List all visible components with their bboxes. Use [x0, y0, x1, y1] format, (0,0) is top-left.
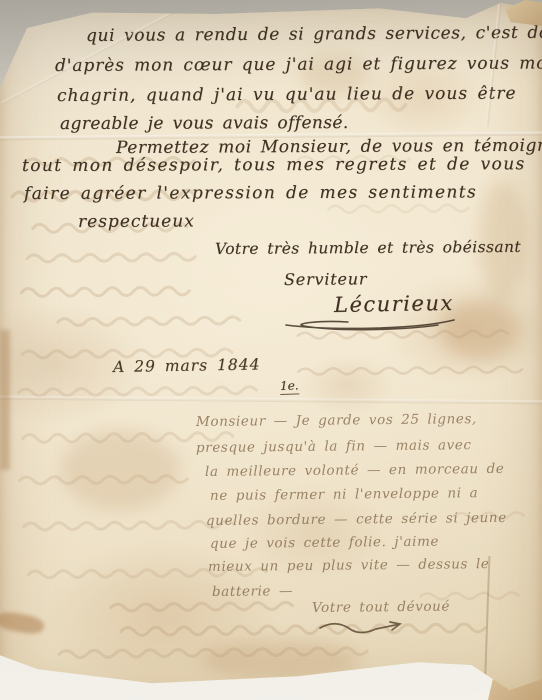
annotation-line: batterie —: [212, 583, 293, 600]
annotation-line: presque jusqu'à la fin — mais avec: [196, 437, 472, 456]
letter-line: faire agréer l'expression de mes sentime…: [24, 182, 477, 204]
letter-line: respectueux: [78, 211, 195, 232]
paper-stain: [200, 640, 360, 680]
letter-line: agreable je vous avais offensé.: [60, 113, 349, 134]
signature: Lécurieux: [334, 291, 454, 317]
page-mark: 1e.: [280, 378, 299, 393]
paper-stain: [60, 430, 180, 510]
letter-line: qui vous a rendu de si grands services, …: [86, 23, 542, 46]
annotation-closing: Votre tout dévoué: [312, 599, 450, 616]
letter-paper: qui vous a rendu de si grands services, …: [0, 0, 542, 700]
edge-tear-shadow: [0, 610, 45, 636]
annotation-line: mieux un peu plus vite — dessus le: [208, 556, 490, 575]
tear-line: [484, 556, 491, 696]
date-line: A 29 mars 1844: [113, 355, 261, 376]
letter-line: chagrin, quand j'ai vu qu'au lieu de vou…: [57, 84, 517, 106]
letter-line: d'après mon cœur que j'ai agi et figurez…: [55, 53, 542, 76]
annotation-line: la meilleure volonté — en morceau de: [205, 461, 505, 480]
annotation-line: Monsieur — Je garde vos 25 lignes,: [196, 411, 477, 430]
annotation-flourish: [316, 616, 406, 638]
edge-tear-shadow: [0, 330, 10, 470]
annotation-line: quelles bordure — cette série si jeune: [206, 510, 507, 529]
closing-line: Serviteur: [284, 269, 367, 289]
letter-line: tout mon désespoir, tous mes regrets et …: [22, 154, 526, 176]
page-mark-text: 1e.: [280, 378, 299, 395]
fold-crease: [0, 396, 542, 405]
annotation-line: ne puis fermer ni l'enveloppe ni a: [210, 485, 478, 504]
annotation-line: que je vois cette folie. j'aime: [210, 534, 439, 552]
letter-photograph: qui vous a rendu de si grands services, …: [0, 0, 542, 700]
closing-line: Votre très humble et très obéissant: [215, 238, 521, 258]
